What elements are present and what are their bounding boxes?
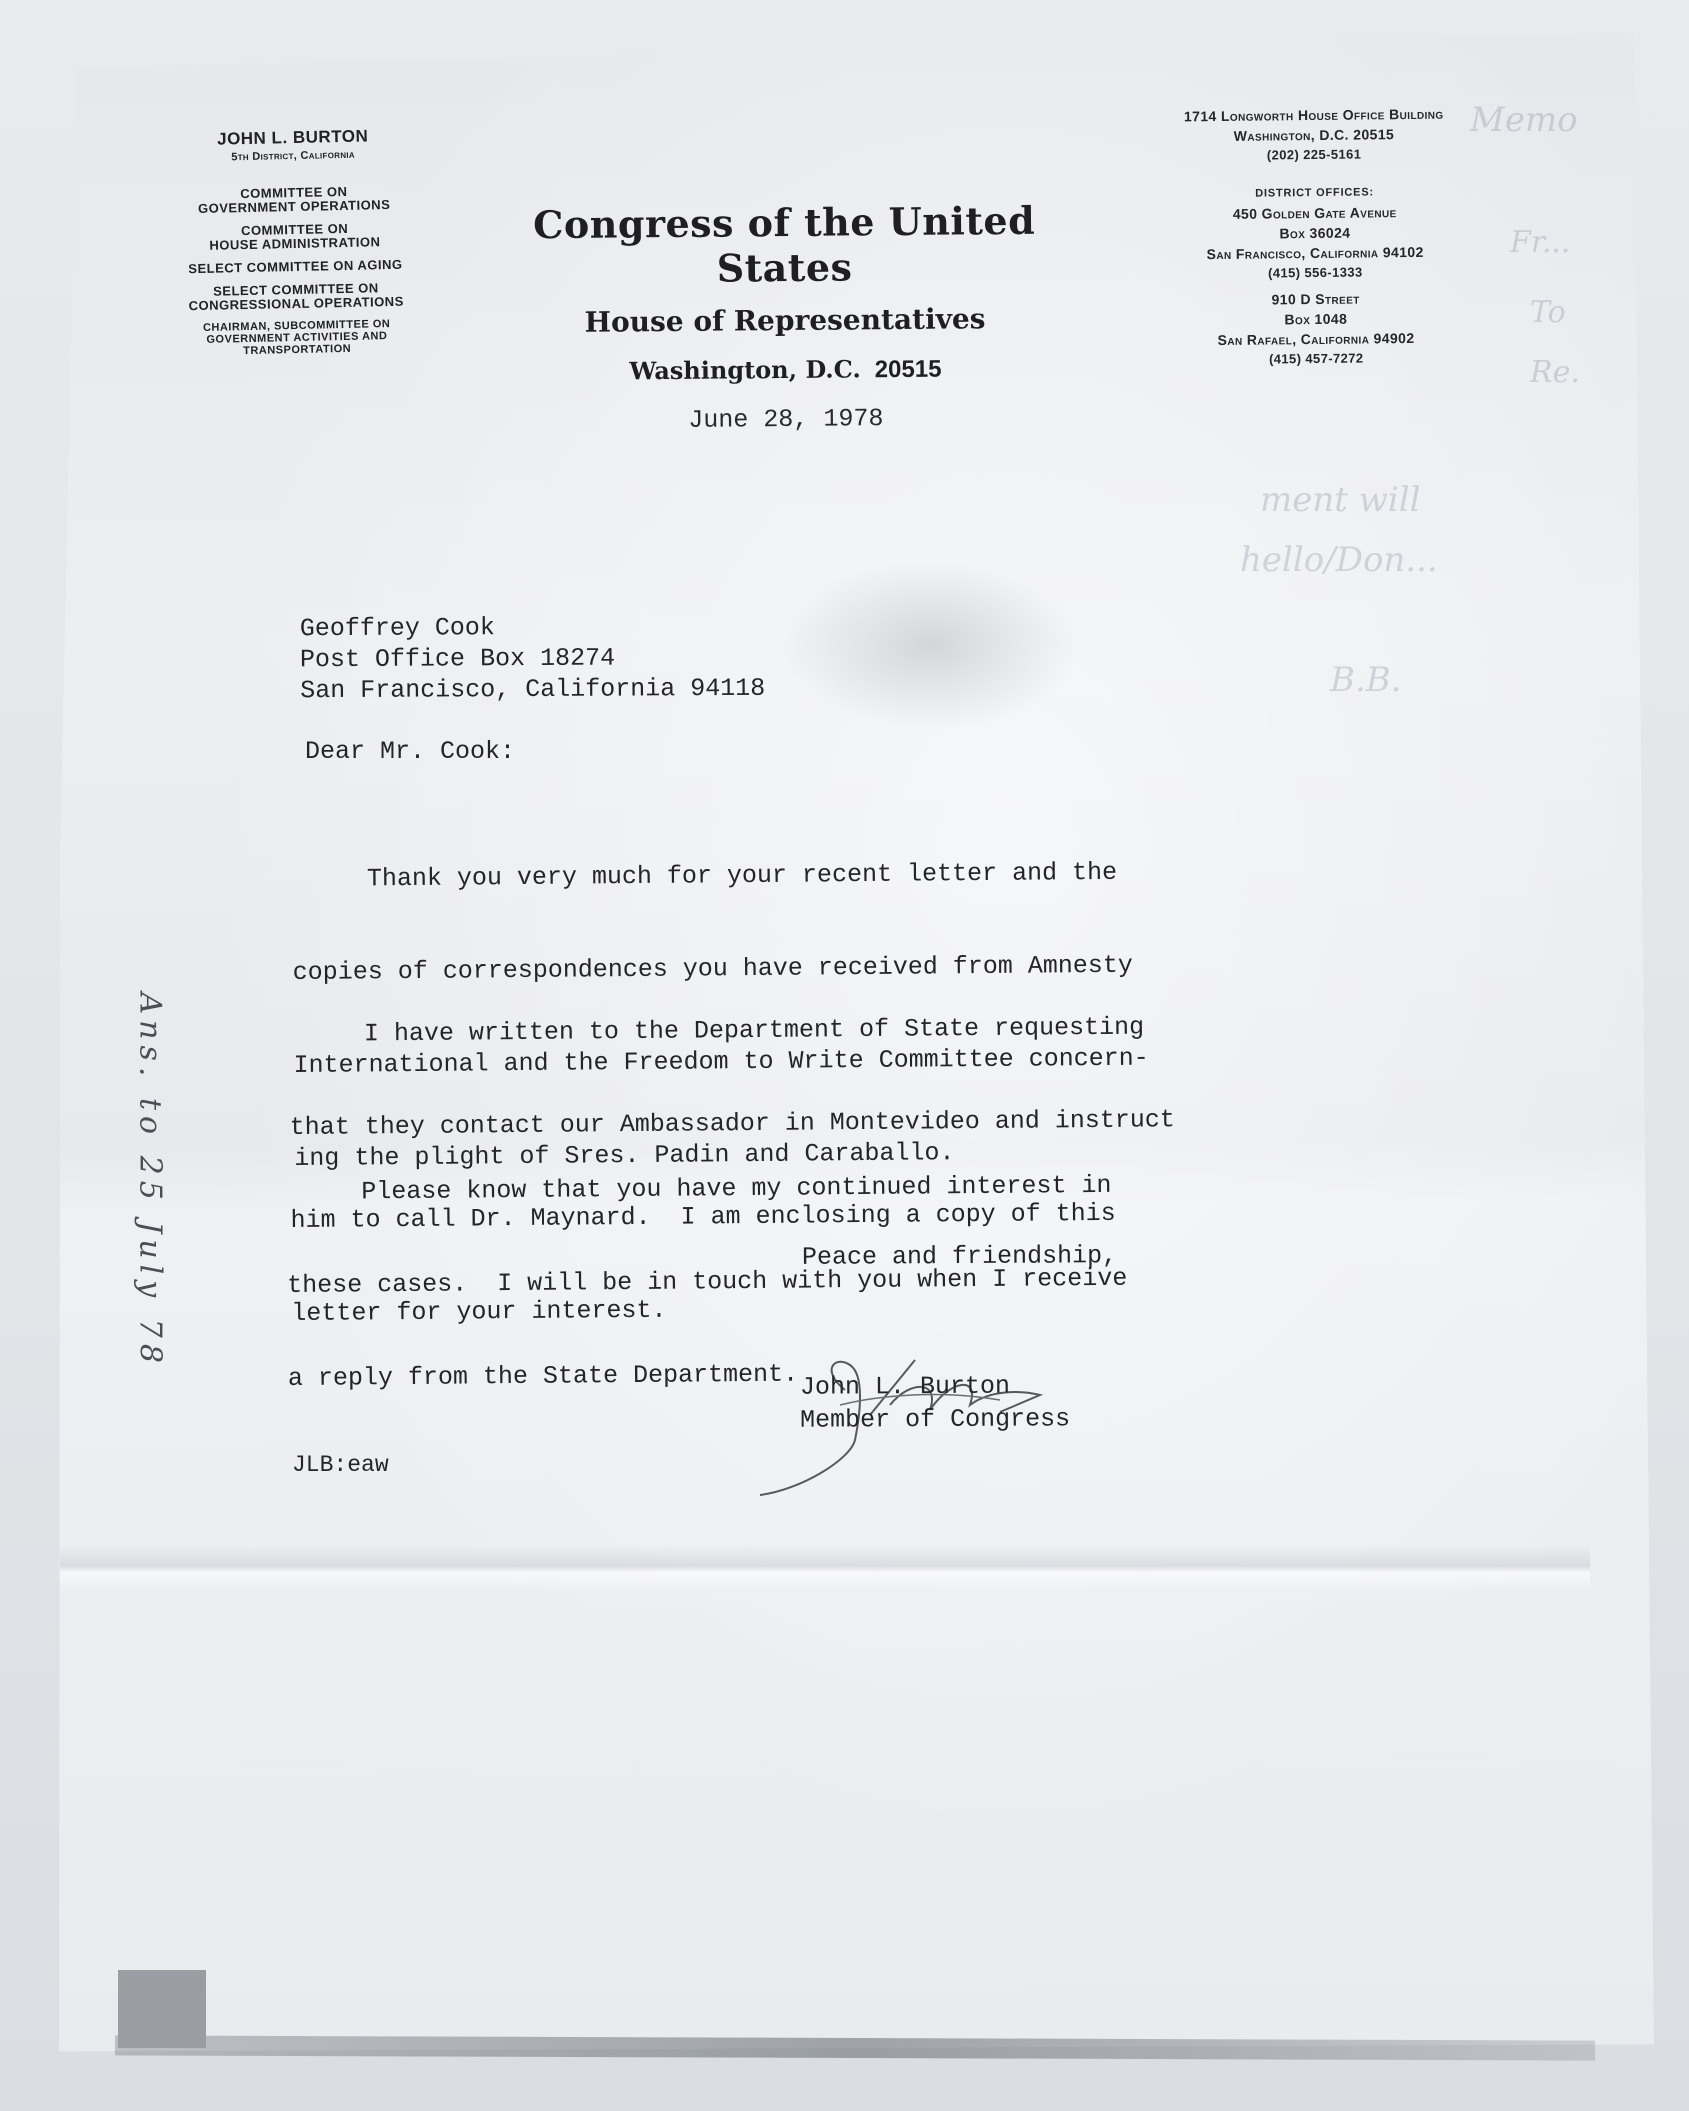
signer-name: John L. Burton <box>800 1369 1070 1403</box>
masthead-title: Congress of the United States <box>464 197 1105 293</box>
letterhead-masthead: Congress of the United States House of R… <box>464 197 1106 437</box>
masthead-house: House of Representatives <box>465 301 1105 340</box>
signer-block: John L. Burton Member of Congress <box>800 1369 1070 1436</box>
dc-office-address: 1714 Longworth House Office Building <box>1134 103 1494 127</box>
recipient-address: Geoffrey Cook Post Office Box 18274 San … <box>300 611 766 706</box>
committee-item: SELECT COMMITTEE ON AGING <box>145 257 445 277</box>
signer-title: Member of Congress <box>800 1402 1070 1436</box>
letterhead-member-block: JOHN L. BURTON 5th District, California … <box>143 125 448 368</box>
district-office-sr: 910 D Street Box 1048 San Rafael, Califo… <box>1136 287 1497 371</box>
recipient-address-line2: San Francisco, California 94118 <box>300 673 765 706</box>
committee-item: COMMITTEE ON HOUSE ADMINISTRATION <box>145 220 446 254</box>
handwritten-margin-note: Ans. to 25 July 78 <box>60 975 200 1415</box>
paper-fold-line <box>60 1545 1590 1591</box>
district-office-sf: 450 Golden Gate Avenue Box 36024 San Fra… <box>1135 201 1496 285</box>
closing: Peace and friendship, <box>802 1241 1117 1272</box>
committee-item: SELECT COMMITTEE ON CONGRESSIONAL OPERAT… <box>146 280 447 314</box>
masthead-city: Washington, D.C.20515 <box>465 352 1105 388</box>
reference-initials: JLB:eaw <box>292 1452 389 1478</box>
committee-item: COMMITTEE ON GOVERNMENT OPERATIONS <box>144 183 445 217</box>
salutation: Dear Mr. Cook: <box>305 737 515 766</box>
recipient-address-line1: Post Office Box 18274 <box>300 642 765 675</box>
paper-corner-shadow <box>118 1970 206 2048</box>
letter-date: June 28, 1978 <box>466 402 1106 437</box>
paper-crease <box>780 560 1080 730</box>
letterhead-addresses: 1714 Longworth House Office Building Was… <box>1134 103 1497 371</box>
recipient-name: Geoffrey Cook <box>300 611 765 644</box>
committee-list: COMMITTEE ON GOVERNMENT OPERATIONS COMMI… <box>144 183 447 359</box>
committee-item: CHAIRMAN, SUBCOMMITTEE ON GOVERNMENT ACT… <box>147 317 448 359</box>
